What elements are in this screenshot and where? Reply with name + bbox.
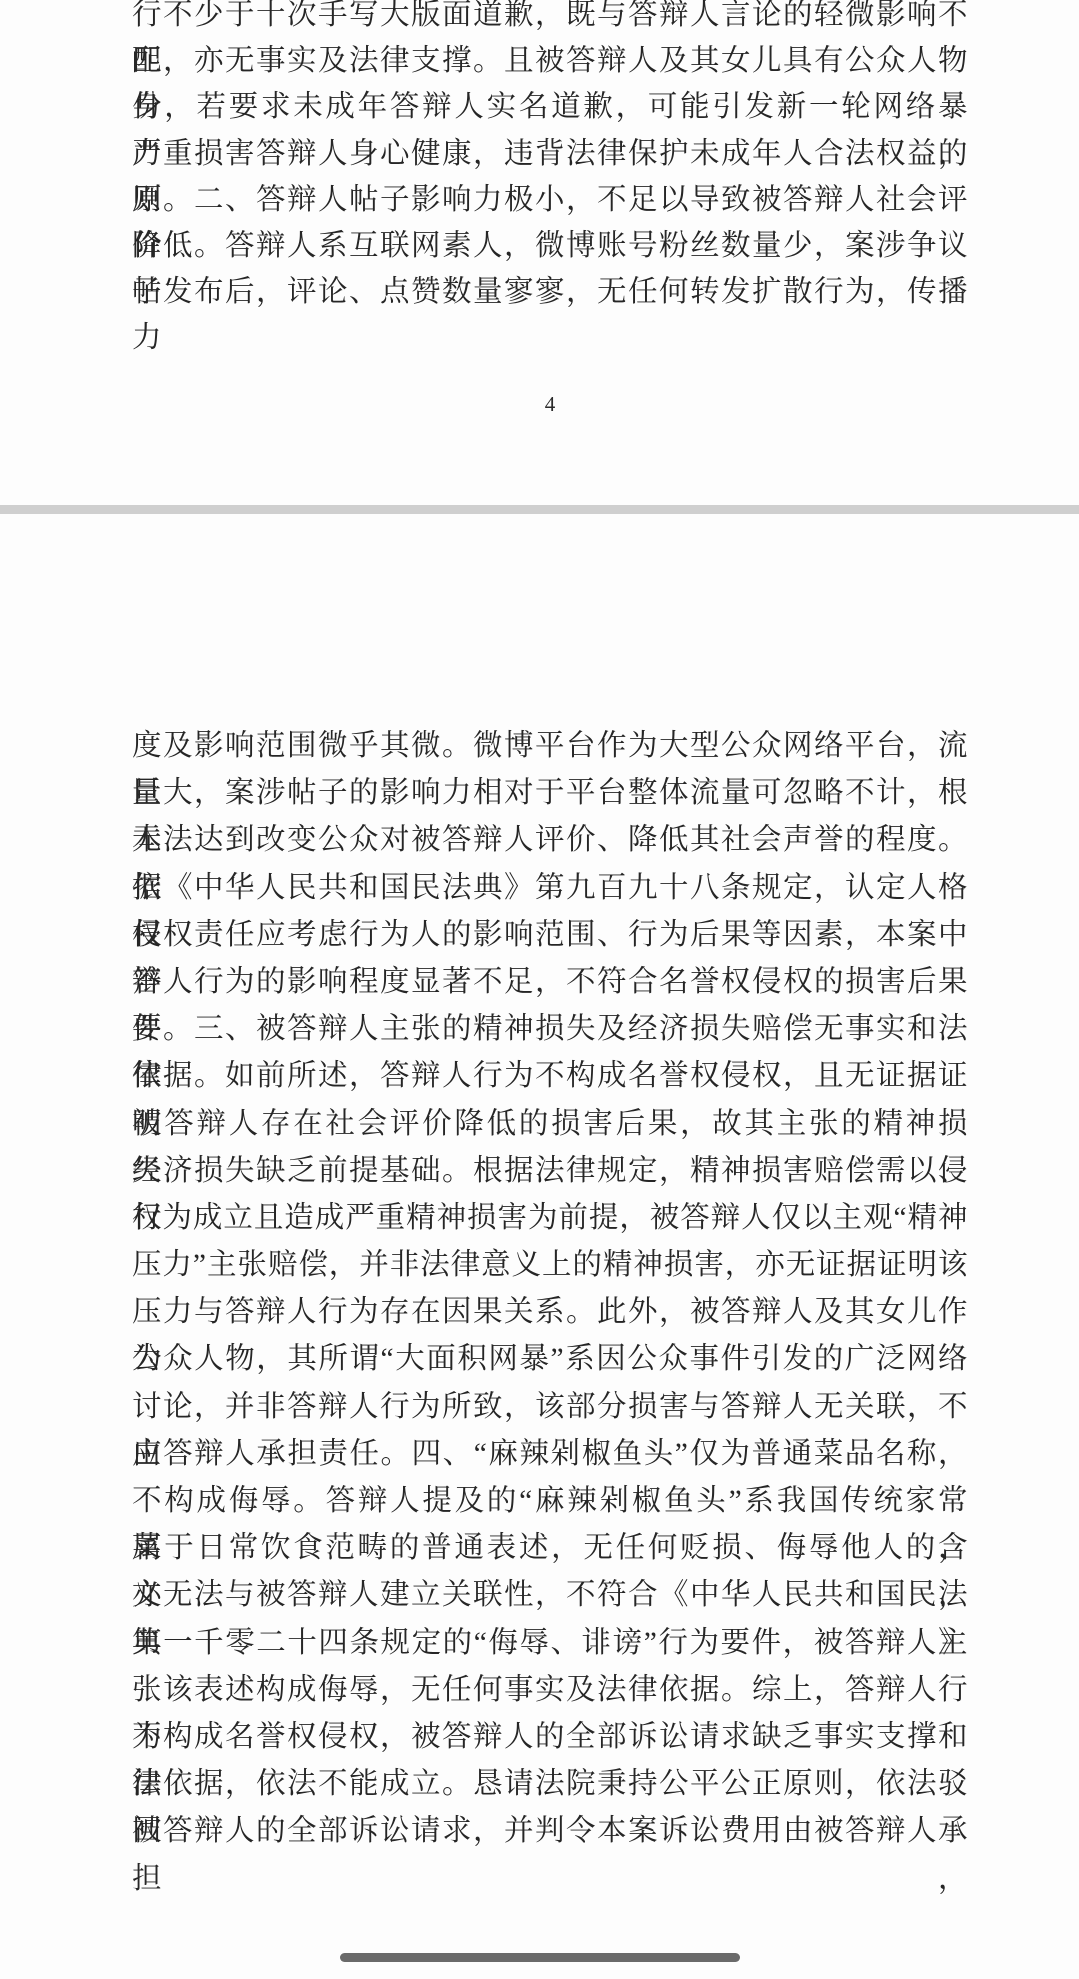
document-text-line: 第一千零二十四条规定的“侮辱、诽谤”行为要件，被答辩人主	[132, 1620, 968, 1667]
page-4: 行不少于十次手写大版面道歉，既与答辩人言论的轻微影响不匹配，亦无事实及法律支撑。…	[0, 0, 1079, 505]
page-number: 4	[132, 390, 968, 418]
document-text-line: 配，亦无事实及法律支撑。且被答辩人及其女儿具有公众人物身	[132, 38, 968, 84]
document-text-line: 辩人行为的影响程度显著不足，不符合名誉权侵权的损害后果要	[132, 959, 968, 1006]
document-text-line: 严重损害答辩人身心健康，违背法律保护未成年人合法权益的原	[132, 131, 968, 177]
document-text-line: 公众人物，其所谓“大面积网暴”系因公众事件引发的广泛网络	[132, 1336, 968, 1383]
document-text-line: 则。二、答辩人帖子影响力极小，不足以导致被答辩人社会评价	[132, 177, 968, 223]
document-text-line: 被答辩人的全部诉讼请求，并判令本案诉讼费用由被答辩人承担，	[132, 1808, 968, 1855]
document-text-line: 不构成侮辱。答辩人提及的“麻辣剁椒鱼头”系我国传统家常菜，	[132, 1478, 968, 1525]
document-text-line: 件。三、被答辩人主张的精神损失及经济损失赔偿无事实和法律	[132, 1006, 968, 1053]
document-text-line: 经济损失缺乏前提基础。根据法律规定，精神损害赔偿需以侵权	[132, 1148, 968, 1195]
document-text-line: 行不少于十次手写大版面道歉，既与答辩人言论的轻微影响不匹	[132, 0, 968, 38]
document-text-line: 亦无法与被答辩人建立关联性，不符合《中华人民共和国民法典》	[132, 1572, 968, 1619]
document-text-line: 属于日常饮食范畴的普通表述，无任何贬损、侮辱他人的含义，	[132, 1525, 968, 1572]
document-text-line: 由答辩人承担责任。四、“麻辣剁椒鱼头”仅为普通菜品名称，	[132, 1431, 968, 1478]
document-text-line: 降低。答辩人系互联网素人，微博账号粉丝数量少，案涉争议帖	[132, 223, 968, 269]
document-text-line: 子发布后，评论、点赞数量寥寥，无任何转发扩散行为，传播力	[132, 269, 968, 315]
document-text-line: 行为成立且造成严重精神损害为前提，被答辩人仅以主观“精神	[132, 1195, 968, 1242]
page-5: 度及影响范围微乎其微。微博平台作为大型公众网络平台，流量巨大，案涉帖子的影响力相…	[0, 514, 1079, 1979]
document-text-line: 依据。如前所述，答辩人行为不构成名誉权侵权，且无证据证明	[132, 1053, 968, 1100]
page-separator	[0, 505, 1079, 514]
scroll-indicator-bar[interactable]	[340, 1953, 740, 1962]
page-5-text-block: 度及影响范围微乎其微。微博平台作为大型公众网络平台，流量巨大，案涉帖子的影响力相…	[132, 514, 968, 1856]
document-viewer: 行不少于十次手写大版面道歉，既与答辩人言论的轻微影响不匹配，亦无事实及法律支撑。…	[0, 0, 1079, 1979]
document-text-line: 被答辩人存在社会评价降低的损害后果，故其主张的精神损失、	[132, 1101, 968, 1148]
document-text-line: 无法达到改变公众对被答辩人评价、降低其社会声誉的程度。依	[132, 817, 968, 864]
document-text-line: 不构成名誉权侵权，被答辩人的全部诉讼请求缺乏事实支撑和法	[132, 1714, 968, 1761]
page-4-text-block: 行不少于十次手写大版面道歉，既与答辩人言论的轻微影响不匹配，亦无事实及法律支撑。…	[132, 0, 968, 315]
document-text-line: 讨论，并非答辩人行为所致，该部分损害与答辩人无关联，不应	[132, 1384, 968, 1431]
document-text-line: 度及影响范围微乎其微。微博平台作为大型公众网络平台，流量	[132, 723, 968, 770]
document-text-line: 份，若要求未成年答辩人实名道歉，可能引发新一轮网络暴力，	[132, 84, 968, 130]
document-text-line: 侵权责任应考虑行为人的影响范围、行为后果等因素，本案中答	[132, 912, 968, 959]
document-text-line: 压力与答辩人行为存在因果关系。此外，被答辩人及其女儿作为	[132, 1289, 968, 1336]
document-text-line: 律依据，依法不能成立。恳请法院秉持公平公正原则，依法驳回	[132, 1761, 968, 1808]
document-text-line: 据《中华人民共和国民法典》第九百九十八条规定，认定人格权	[132, 865, 968, 912]
document-text-line: 巨大，案涉帖子的影响力相对于平台整体流量可忽略不计，根本	[132, 770, 968, 817]
document-text-line: 压力”主张赔偿，并非法律意义上的精神损害，亦无证据证明该	[132, 1242, 968, 1289]
document-text-line: 张该表述构成侮辱，无任何事实及法律依据。综上，答辩人行为	[132, 1667, 968, 1714]
